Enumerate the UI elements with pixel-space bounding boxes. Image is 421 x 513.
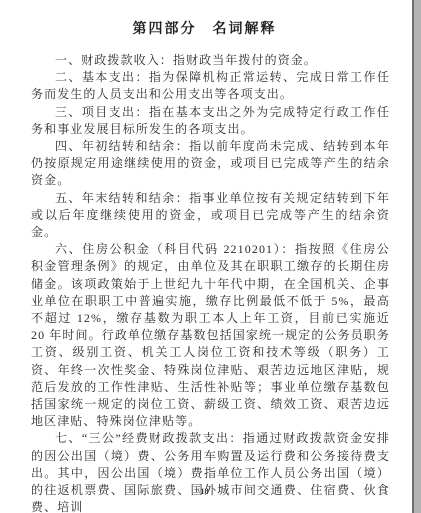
paragraph-3: 三、项目支出：指在基本支出之外为完成特定行政工作任务和事业发展目标所发生的各项支… [31, 104, 390, 138]
paragraph-7: 七、“三公”经费财政拨款支出：指通过财政拨款资金安排的因公出国（境）费、公务用车… [31, 430, 390, 513]
paragraph-4: 四、年初结转和结余：指以前年度尚未完成、结转到本年仍按原规定用途继续使用的资金，… [31, 138, 390, 190]
paragraph-5: 五、年末结转和结余：指事业单位按有关规定结转到下年或以后年度继续使用的资金，或项… [31, 190, 390, 242]
page-edge-border [412, 0, 421, 513]
paragraph-1: 一、财政拨款收入：指财政当年拨付的资金。 [31, 52, 390, 69]
document-page: 第四部分 名词解释 一、财政拨款收入：指财政当年拨付的资金。二、基本支出：指为保… [0, 0, 421, 513]
paragraph-6: 六、住房公积金（科目代码 2210201）：指按照《住房公积金管理条例》的规定，… [31, 241, 390, 430]
document-body: 一、财政拨款收入：指财政当年拨付的资金。二、基本支出：指为保障机构正常运转、完成… [31, 52, 390, 513]
page-number: 18 [0, 487, 409, 496]
page-title: 第四部分 名词解释 [0, 18, 409, 38]
paragraph-2: 二、基本支出：指为保障机构正常运转、完成日常工作任务而发生的人员支出和公用支出等… [31, 69, 390, 103]
